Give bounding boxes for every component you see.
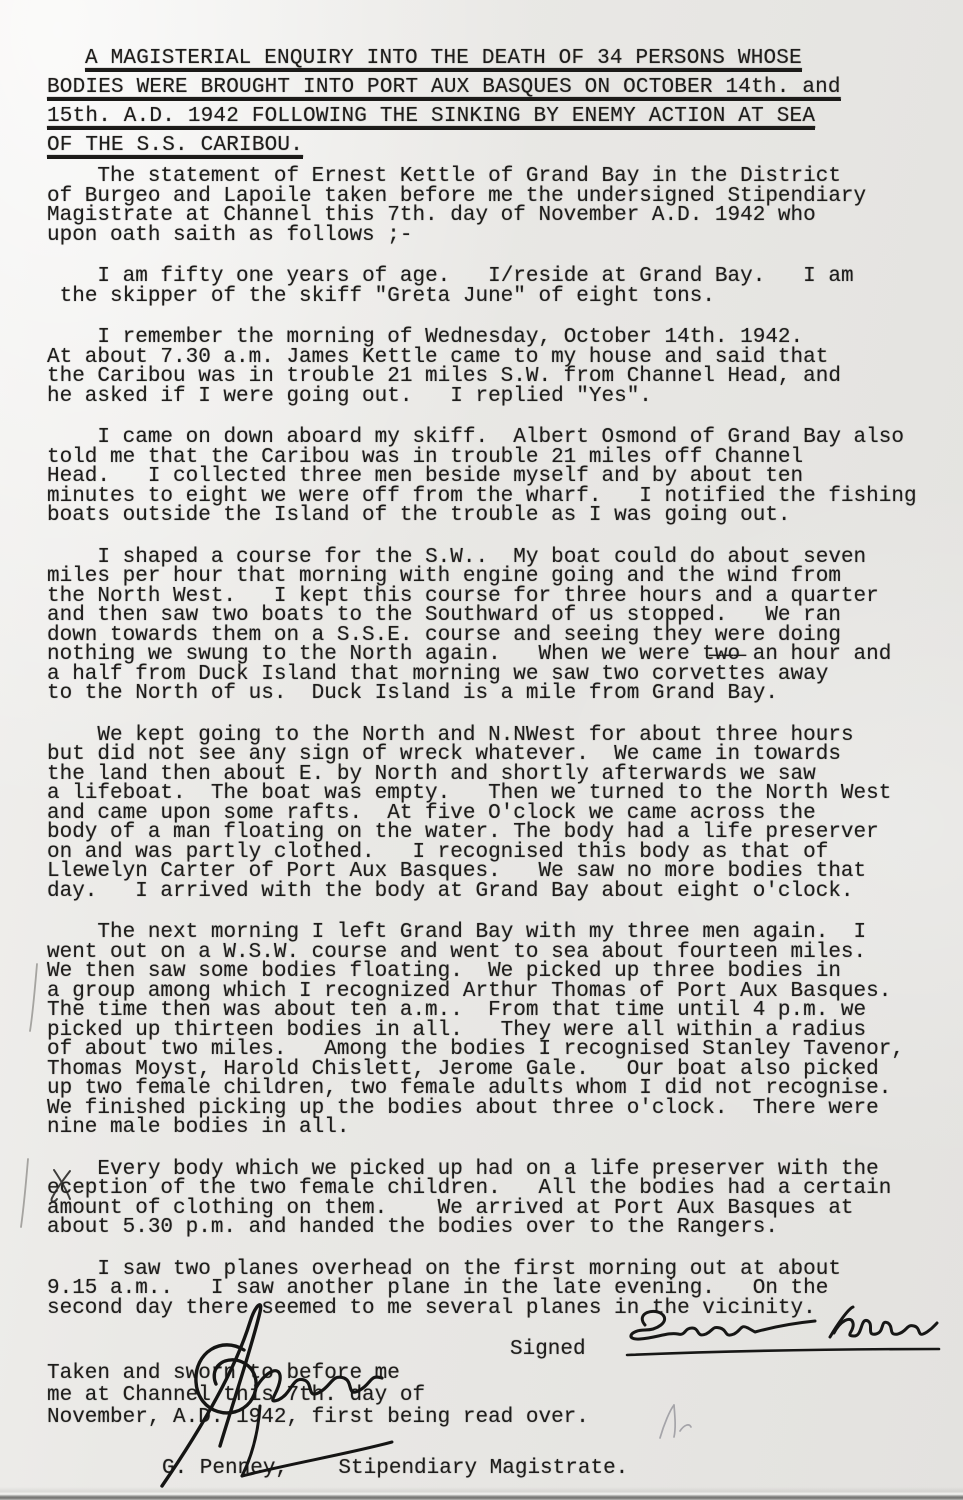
paragraph: I remember the morning of Wednesday, Oct… <box>47 328 937 406</box>
g-penney-signature <box>148 1288 398 1493</box>
paragraph: I am fifty one years of age. I/reside at… <box>47 267 937 306</box>
ernest-kettle-signature <box>615 1305 945 1363</box>
paragraph: The next morning I left Grand Bay with m… <box>47 923 937 1138</box>
paragraph: I came on down aboard my skiff. Albert O… <box>47 428 937 526</box>
title-line: 15th. A.D. 1942 FOLLOWING THE SINKING BY… <box>47 102 937 131</box>
title-line: A MAGISTERIAL ENQUIRY INTO THE DEATH OF … <box>47 44 937 73</box>
margin-pencil-mark-1 <box>26 960 42 1035</box>
document-content: A MAGISTERIAL ENQUIRY INTO THE DEATH OF … <box>47 44 937 1479</box>
margin-pencil-mark-2 <box>16 1155 32 1230</box>
title-line: BODIES WERE BROUGHT INTO PORT AUX BASQUE… <box>47 73 937 102</box>
paragraph: The statement of Ernest Kettle of Grand … <box>47 167 937 245</box>
statement-body: The statement of Ernest Kettle of Grand … <box>47 167 937 1318</box>
pencil-scribble-mark <box>652 1398 700 1444</box>
paragraph: We kept going to the North and N.NWest f… <box>47 726 937 902</box>
signed-label: Signed <box>510 1338 586 1361</box>
correction-x-mark <box>44 1162 82 1204</box>
title-line: OF THE S.S. CARIBOU. <box>47 131 937 160</box>
document-title: A MAGISTERIAL ENQUIRY INTO THE DEATH OF … <box>47 44 937 160</box>
scanned-document-page: A MAGISTERIAL ENQUIRY INTO THE DEATH OF … <box>0 0 963 1500</box>
paragraph: Every body which we picked up had on a l… <box>47 1160 937 1238</box>
paragraph: I shaped a course for the S.W.. My boat … <box>47 548 937 704</box>
scan-bottom-edge <box>0 1487 963 1500</box>
